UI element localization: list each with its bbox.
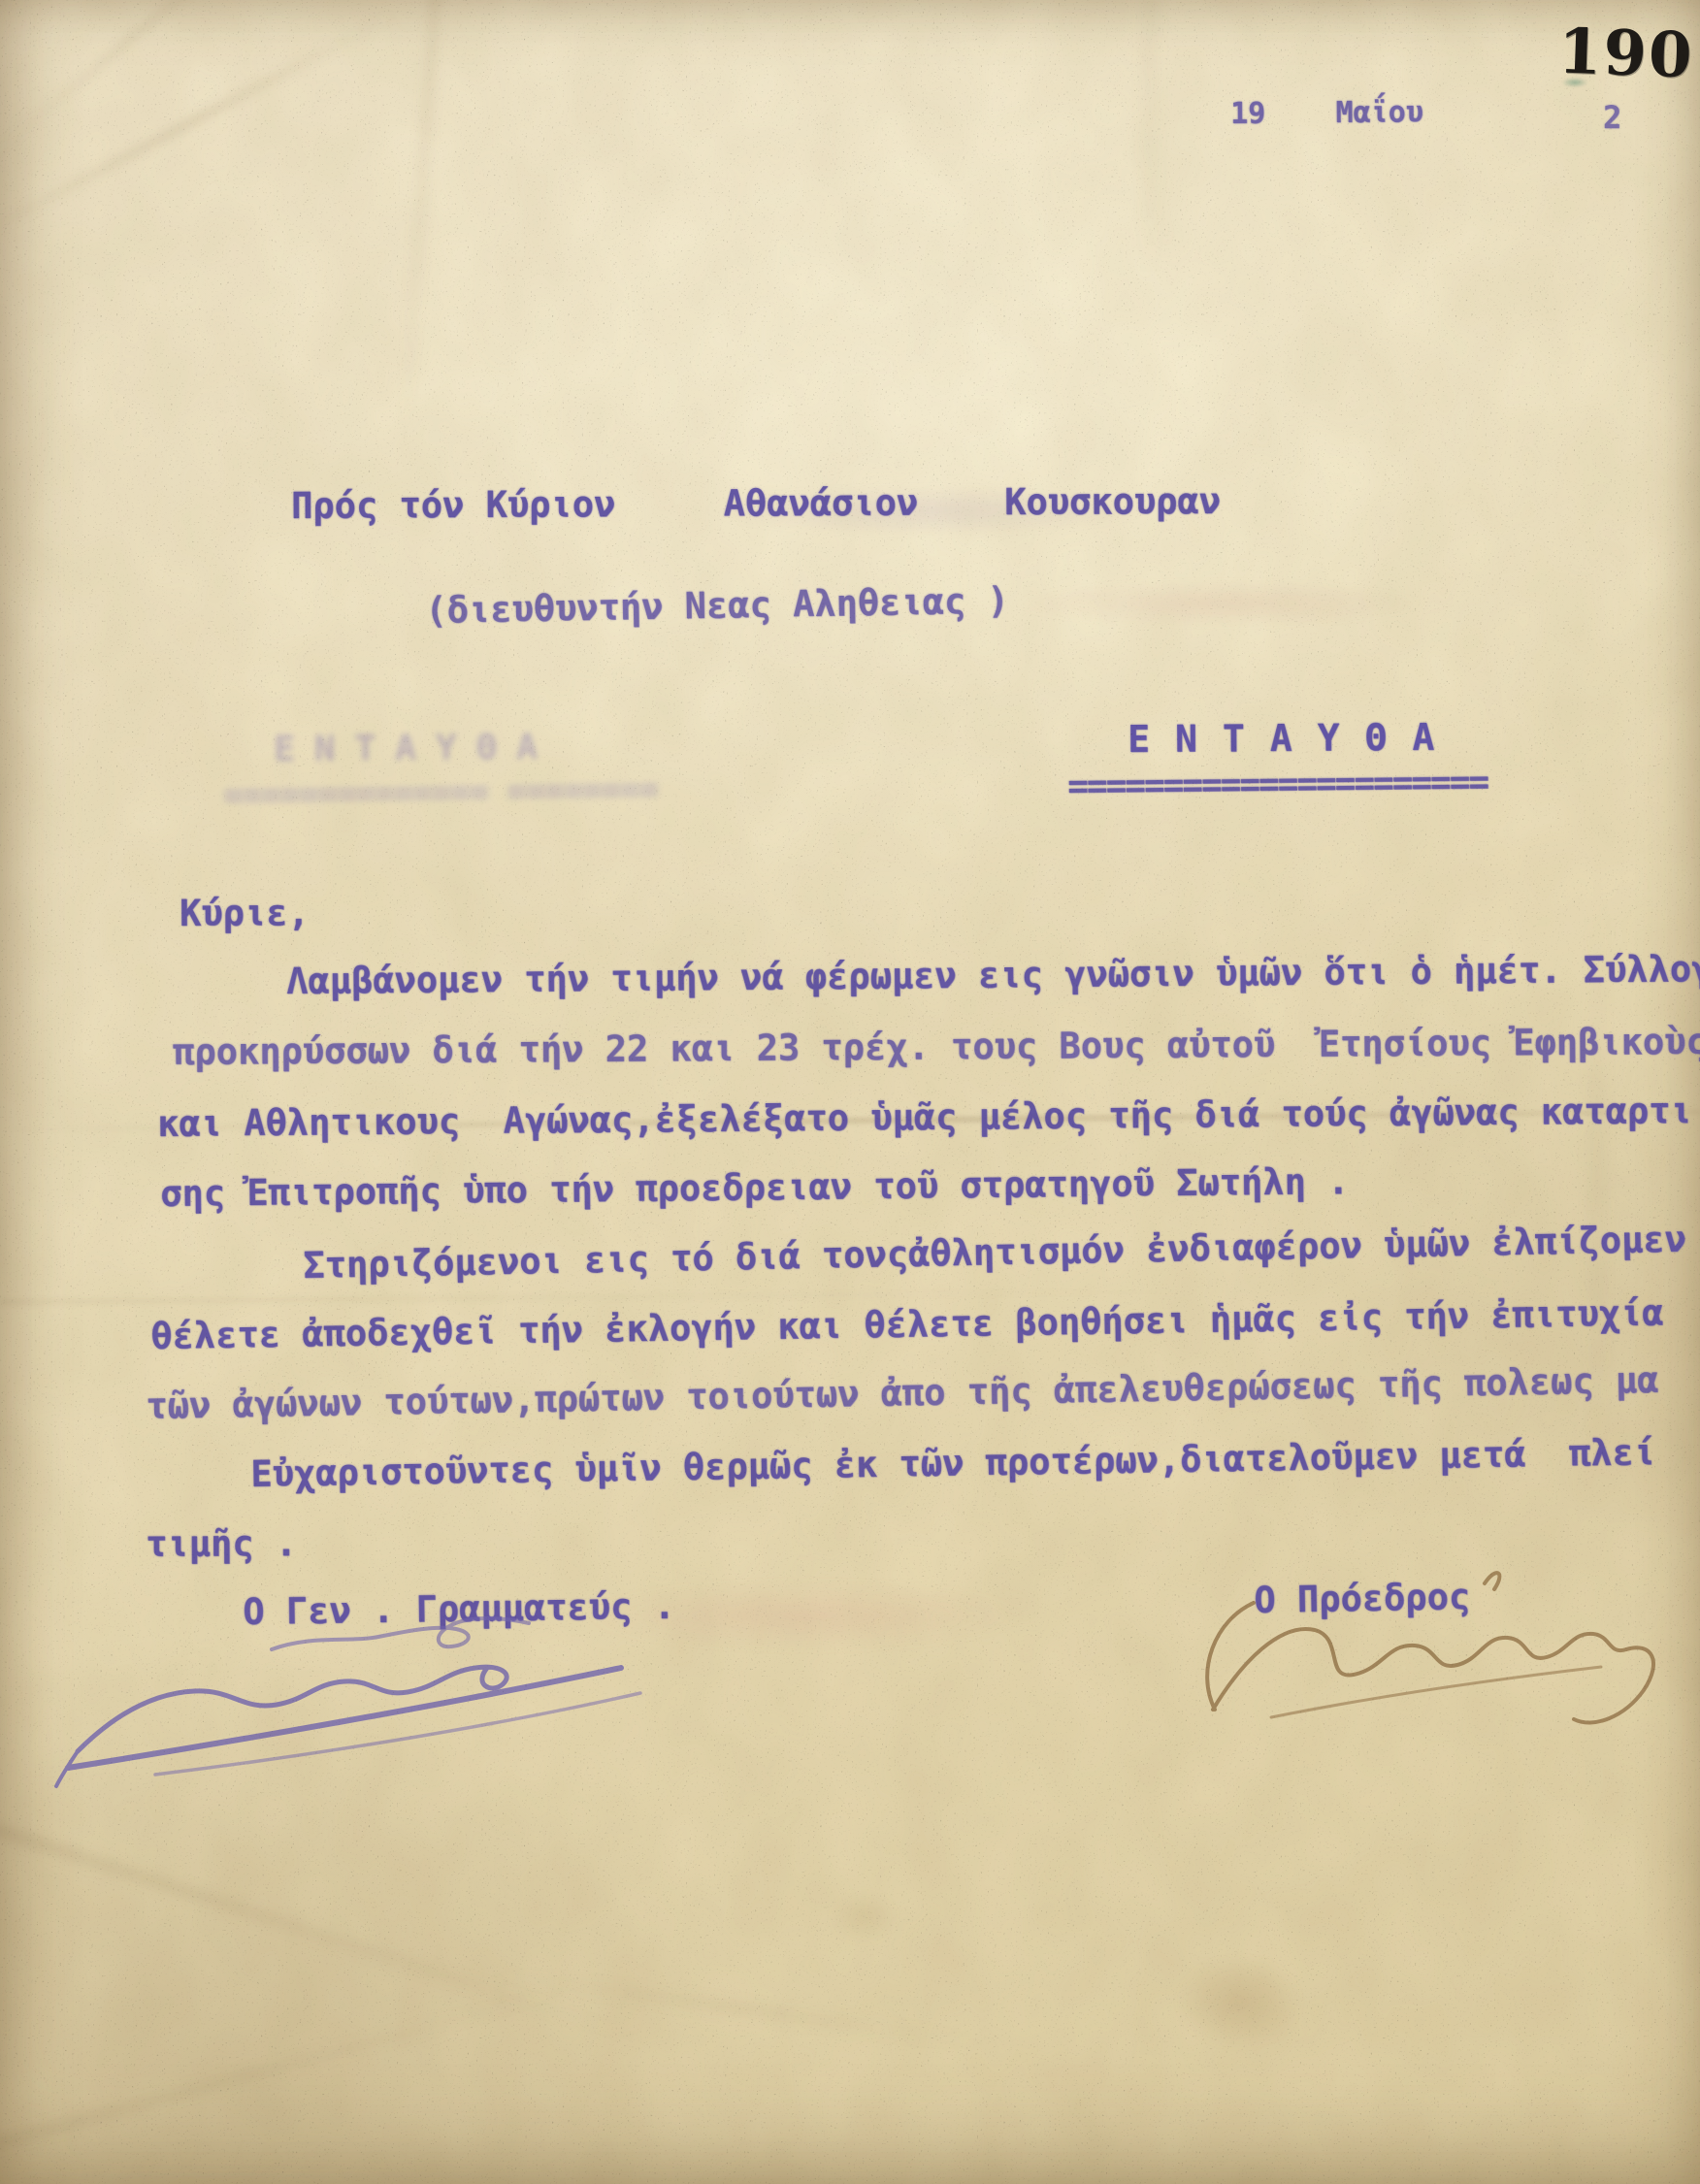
paper-crease <box>400 0 441 446</box>
secretary-title: Ο Γεν . Γραμματεύς . <box>243 1585 675 1633</box>
body-line: προκηρύσσων διά τήν 22 και 23 τρέχ. τους… <box>173 1021 1700 1073</box>
ghost-heading-underline: ============== ======== <box>223 770 658 815</box>
date-line: 19 Μαΐου <box>1230 95 1423 131</box>
addressee-line: Πρός τόν Κύριον Αθανάσιον Κουσκουραν <box>291 480 1221 527</box>
body-line: και Αθλητικους Αγώνας,ἐξελέξατο ὑμᾶς μέλ… <box>157 1090 1692 1145</box>
location-heading-underline: ====================== <box>1067 762 1487 806</box>
body-line: σης Ἐπιτροπῆς ὑπο τήν προεδρειαν τοῦ στρ… <box>160 1160 1350 1215</box>
ghost-location-heading: ΕΝΤΑΥΘΑ <box>274 727 557 769</box>
body-line: Λαμβάνομεν τήν τιμήν νά φέρωμεν εις γνῶσ… <box>286 948 1700 1002</box>
body-line: θέλετε ἀποδεχθεῖ τήν ἐκλογήν και θέλετε … <box>150 1292 1664 1357</box>
year-digit: 2 <box>1603 99 1621 136</box>
paper-crease <box>487 1969 988 2048</box>
paper-stain <box>1176 1956 1302 2048</box>
page-number: 190 <box>1557 16 1695 93</box>
president-title: Ο Πρόεδρος <box>1254 1576 1470 1621</box>
body-line: τῶν ἀγώνων τούτων,πρώτων τοιούτων ἀπο τῆ… <box>146 1359 1659 1427</box>
body-line: τιμῆς . <box>146 1522 297 1565</box>
ink-offset-smudge <box>1009 580 1426 627</box>
paper-crease <box>0 9 400 254</box>
location-heading: ΕΝΤΑΥΘΑ <box>1128 716 1459 761</box>
paper-crease <box>0 1818 644 2045</box>
body-line: Εὐχαριστοῦντες ὑμῖν θερμῶς ἐκ τῶν προτέρ… <box>250 1431 1655 1495</box>
paper-stain <box>830 1890 898 1943</box>
salutation: Κύριε, <box>180 892 310 934</box>
letter-page: 190 19 Μαΐου 2 Πρός τόν Κύριον Αθανάσιον… <box>0 0 1700 2184</box>
body-line: Στηριζόμενοι εις τό διά τονςἀθλητισμόν ἐ… <box>303 1219 1686 1287</box>
paper-crease <box>0 1984 573 2149</box>
paper-crease <box>1145 0 1155 291</box>
addressee-role-line: (διευθυντήν Νεας Αληθειας ) <box>425 580 1009 632</box>
paper-crease <box>0 0 270 164</box>
